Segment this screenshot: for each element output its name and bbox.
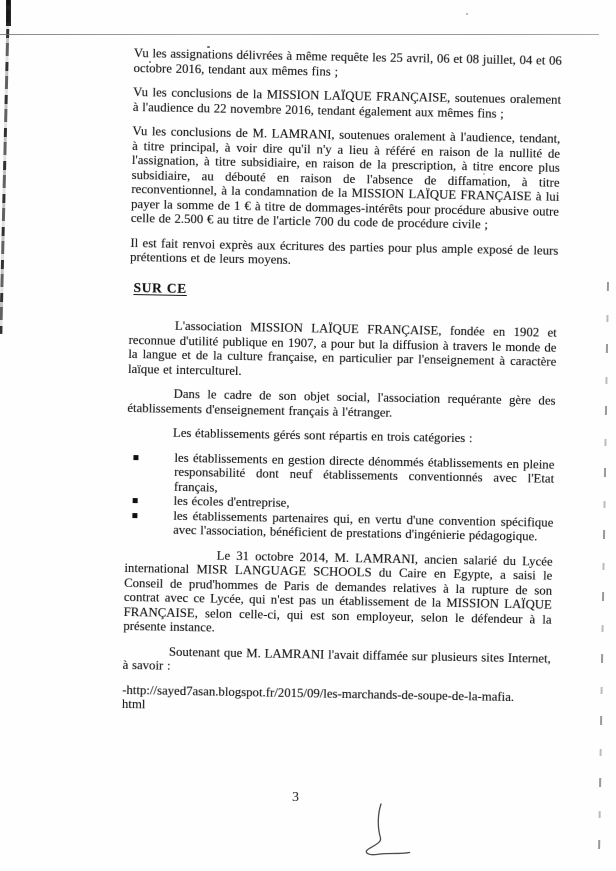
square-bullet-icon [132, 513, 137, 518]
scan-speck [466, 13, 468, 15]
paragraph-objet-social: Dans le cadre de son objet social, l'ass… [127, 386, 555, 423]
paragraph-vu-conclusions-lamrani: Vu les conclusions de M. LAMRANI, souten… [131, 124, 561, 233]
section-heading-sur-ce: SUR CE [133, 281, 187, 296]
website-url-line-1: -http://sayed7asan.blogspot.fr/2015/09/l… [122, 682, 514, 703]
paragraph-association-presentation: L'association MISSION LAÏQUE FRANÇAISE, … [128, 318, 557, 384]
scan-artifact-left-edge-top [6, 0, 11, 26]
list-item-text: les écoles d'entreprise, [174, 494, 290, 510]
square-bullet-icon [133, 455, 138, 460]
handwritten-paraph-mark [352, 797, 416, 863]
document-text-block: Vu les assignations délivrées à même req… [122, 46, 562, 729]
list-item-text: les établissements partenaires qui, en v… [173, 508, 553, 543]
page-number: 3 [292, 790, 299, 806]
paragraph-vu-conclusions-mlf: Vu les conclusions de la MISSION LAÏQUE … [133, 85, 561, 122]
list-item-text: les établissements en gestion directe dé… [174, 450, 555, 494]
scan-artifact-top-line [0, 34, 599, 35]
paragraph-lamrani-prudhommes: Le 31 octobre 2014, M. LAMRANI, ancien s… [123, 546, 553, 641]
paragraph-vu-assignations: Vu les assignations délivrées à même req… [133, 46, 561, 83]
square-bullet-icon [133, 498, 138, 503]
scan-artifact-left-edge [0, 0, 10, 334]
categories-list: les établissements en gestion directe dé… [125, 449, 555, 544]
scanned-court-document-page: Vu les assignations délivrées à même req… [0, 0, 616, 871]
website-url-text: -http://sayed7asan.blogspot.fr/2015/09/l… [122, 682, 550, 719]
website-url-line-2: html [122, 697, 146, 711]
paragraph-renvoi-ecritures: Il est fait renvoi exprès aux écritures … [130, 235, 558, 272]
scan-artifact-right-edge [598, 282, 609, 868]
list-item-gestion-directe: les établissements en gestion directe dé… [126, 449, 555, 500]
paragraph-diffamation-sites: Soutenant que M. LAMRANI l'avait diffamé… [123, 643, 551, 680]
paragraph-categories-intro: Les établissements gérés sont répartis e… [127, 425, 555, 447]
